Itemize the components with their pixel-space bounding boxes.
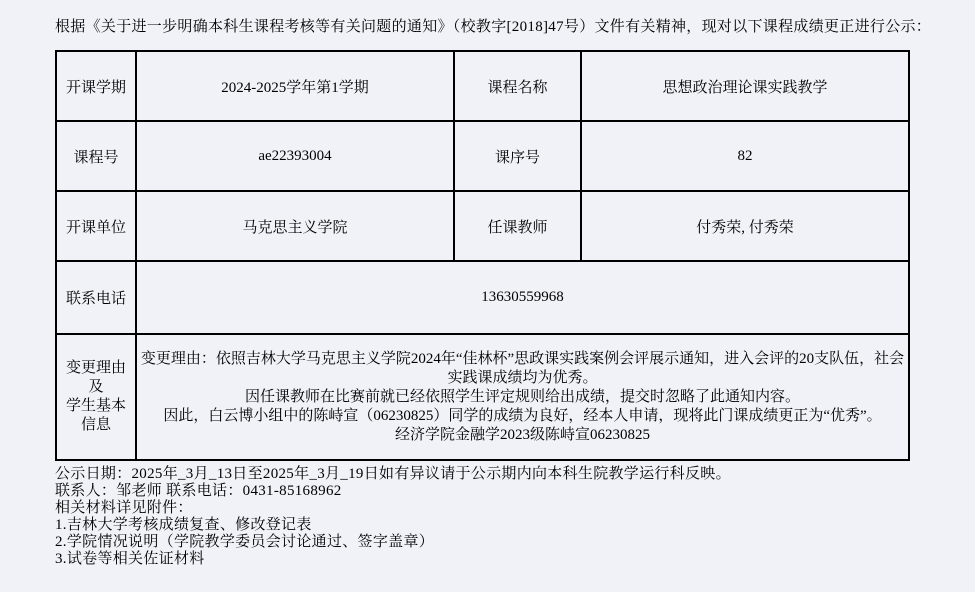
- label-section-number: 课序号: [454, 121, 581, 191]
- intro-text: 根据《关于进一步明确本科生课程考核等有关问题的通知》（校教字[2018]47号）…: [55, 16, 939, 38]
- label-instructor: 任课教师: [454, 191, 581, 261]
- table-row-department: 开课单位 马克思主义学院 任课教师 付秀荣, 付秀荣: [56, 191, 909, 261]
- value-course-number: ae22393004: [136, 121, 454, 191]
- value-offering-unit: 马克思主义学院: [136, 191, 454, 261]
- footer-contact-person: 联系人：邹老师 联系电话：0431-85168962: [55, 483, 937, 500]
- label-course-number: 课程号: [56, 121, 136, 191]
- label-open-semester: 开课学期: [56, 51, 136, 121]
- footer-attachment-2: 2.学院情况说明（学院教学委员会讨论通过、签字盖章）: [55, 534, 937, 551]
- label-change-reason: 变更理由 及 学生基本 信息: [56, 334, 136, 460]
- value-open-semester: 2024-2025学年第1学期: [136, 51, 454, 121]
- table-row-reason: 变更理由 及 学生基本 信息 变更理由：依照吉林大学马克思主义学院2024年“佳…: [56, 334, 909, 460]
- footer-publicity-period: 公示日期：2025年_3月_13日至2025年_3月_19日如有异议请于公示期内…: [55, 466, 937, 483]
- footer-attachment-3: 3.试卷等相关佐证材料: [55, 551, 937, 568]
- table-row-course-number: 课程号 ae22393004 课序号 82: [56, 121, 909, 191]
- table-row-semester: 开课学期 2024-2025学年第1学期 课程名称 思想政治理论课实践教学: [56, 51, 909, 121]
- footer-attachment-1: 1.吉林大学考核成绩复查、修改登记表: [55, 517, 937, 534]
- footer-attachments-title: 相关材料详见附件：: [55, 500, 937, 517]
- footer-notes: 公示日期：2025年_3月_13日至2025年_3月_19日如有异议请于公示期内…: [55, 466, 937, 568]
- page-content: 根据《关于进一步明确本科生课程考核等有关问题的通知》（校教字[2018]47号）…: [0, 0, 975, 568]
- label-contact-phone: 联系电话: [56, 261, 136, 334]
- notice-page: 根据《关于进一步明确本科生课程考核等有关问题的通知》（校教字[2018]47号）…: [0, 0, 975, 592]
- value-instructor: 付秀荣, 付秀荣: [581, 191, 909, 261]
- value-section-number: 82: [581, 121, 909, 191]
- value-change-reason: 变更理由：依照吉林大学马克思主义学院2024年“佳林杯”思政课实践案例会评展示通…: [136, 334, 909, 460]
- label-offering-unit: 开课单位: [56, 191, 136, 261]
- course-info-table: 开课学期 2024-2025学年第1学期 课程名称 思想政治理论课实践教学 课程…: [55, 50, 910, 461]
- table-row-phone: 联系电话 13630559968: [56, 261, 909, 334]
- value-contact-phone: 13630559968: [136, 261, 909, 334]
- label-course-name: 课程名称: [454, 51, 581, 121]
- value-course-name: 思想政治理论课实践教学: [581, 51, 909, 121]
